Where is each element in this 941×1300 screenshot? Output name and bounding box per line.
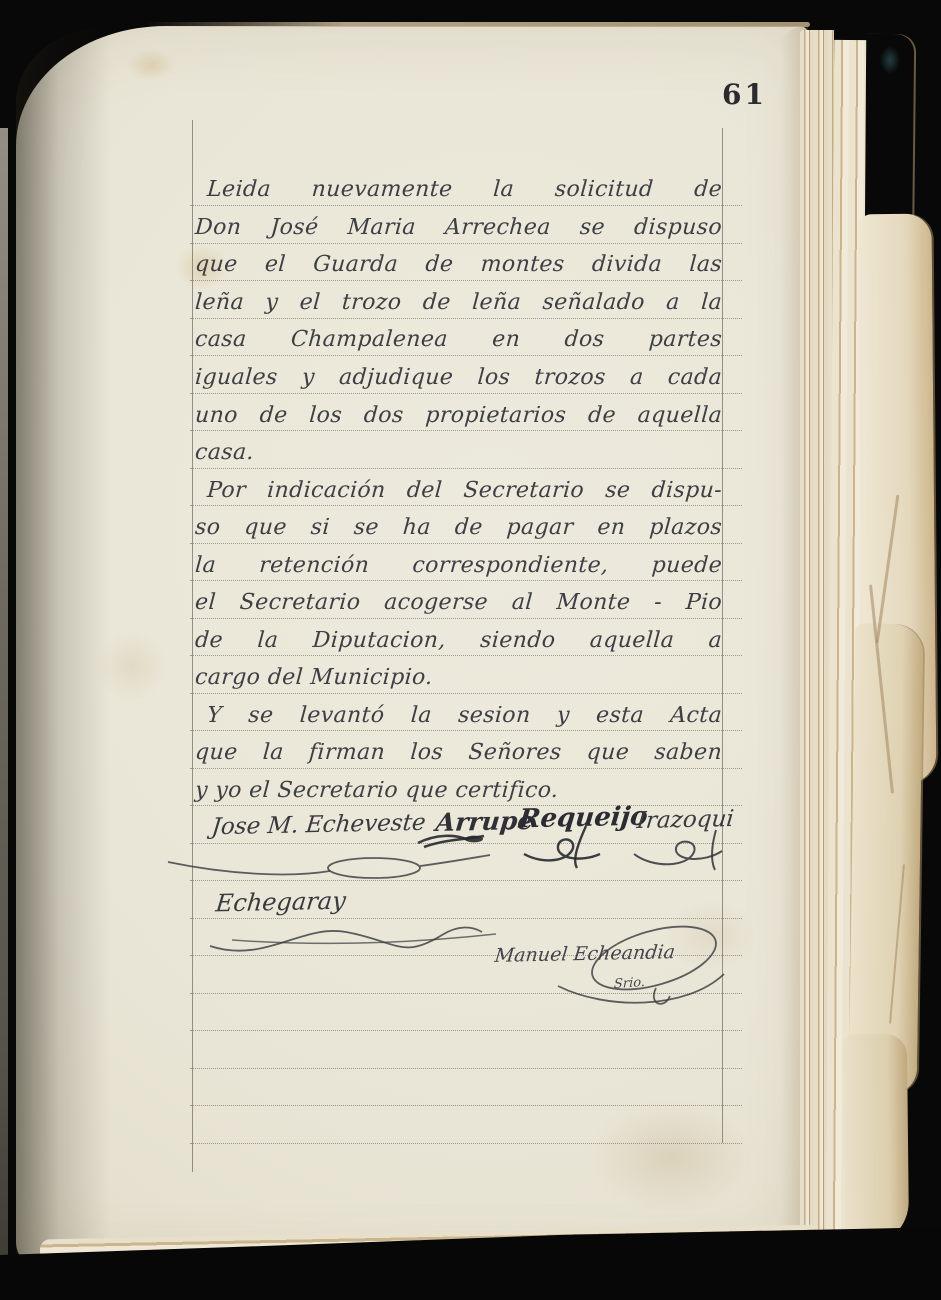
book-page-edges bbox=[800, 24, 941, 1276]
curled-page-edge bbox=[849, 624, 924, 1095]
manuscript-line: leña y el trozo de leña señalado a la bbox=[195, 280, 722, 318]
page-number: 61 bbox=[722, 78, 767, 111]
ruled-line bbox=[190, 1030, 742, 1031]
ruled-line bbox=[190, 1105, 742, 1106]
ruled-line bbox=[190, 880, 742, 881]
manuscript-line: Y se levantó la sesion y esta Acta bbox=[195, 692, 722, 730]
paper-stain bbox=[646, 886, 776, 986]
ruled-line bbox=[190, 993, 742, 994]
ruled-line bbox=[190, 918, 742, 919]
ruled-line bbox=[190, 1143, 742, 1144]
manuscript-line: Don José Maria Arrechea se dispuso bbox=[195, 205, 722, 243]
book-photo: 61 Leida nuevamente la solicitud deDon J… bbox=[0, 0, 941, 1300]
left-page-edge bbox=[0, 128, 8, 1300]
ruled-line bbox=[190, 1068, 742, 1069]
signature-echeveste: Jose M. Echeveste bbox=[210, 810, 426, 840]
manuscript-line: so que si se ha de pagar en plazos bbox=[195, 505, 722, 543]
manuscript-text: Leida nuevamente la solicitud deDon José… bbox=[195, 167, 722, 805]
signature-rubric bbox=[166, 844, 496, 882]
paper-stain bbox=[556, 1076, 786, 1236]
manuscript-line: la retención correspondiente, puede bbox=[195, 542, 722, 580]
manuscript-line: casa. bbox=[195, 430, 722, 468]
signature-echegaray: Echegaray bbox=[214, 887, 347, 918]
margin-line-left bbox=[192, 120, 193, 1172]
signature-irazoqui: Irazoqui bbox=[636, 806, 736, 834]
ruled-line bbox=[190, 843, 742, 844]
bookmark-wisp bbox=[876, 40, 904, 80]
manuscript-line: cargo del Municipio. bbox=[195, 655, 722, 693]
manuscript-line: que el Guarda de montes divida las bbox=[195, 242, 722, 280]
signature-secretary: Manuel Echeandia bbox=[494, 941, 676, 967]
ruled-line bbox=[190, 805, 742, 806]
signature-requeijo: Requeijo bbox=[517, 802, 649, 835]
manuscript-line: que la firman los Señores que saben bbox=[195, 730, 722, 768]
manuscript-line: Por indicación del Secretario se dispu- bbox=[195, 467, 722, 505]
paper-stain bbox=[116, 42, 186, 88]
manuscript-line: casa Champalenea en dos partes bbox=[195, 317, 722, 355]
manuscript-line: de la Diputacion, siendo aquella a bbox=[195, 617, 722, 655]
manuscript-line: el Secretario acogerse al Monte - Pio bbox=[195, 580, 722, 618]
manuscript-line: y yo el Secretario que certifico. bbox=[195, 767, 722, 805]
manuscript-line: Leida nuevamente la solicitud de bbox=[195, 167, 722, 205]
manuscript-line: iguales y adjudique los trozos a cada bbox=[195, 355, 722, 393]
signature-secretary-title: Srio. bbox=[614, 975, 646, 992]
manuscript-page: 61 Leida nuevamente la solicitud deDon J… bbox=[16, 26, 808, 1268]
signature-rubric bbox=[536, 924, 736, 1020]
manuscript-line: uno de los dos propietarios de aquella bbox=[195, 392, 722, 430]
gutter-shadow bbox=[16, 26, 111, 1268]
curled-page-edge bbox=[843, 1034, 909, 1247]
